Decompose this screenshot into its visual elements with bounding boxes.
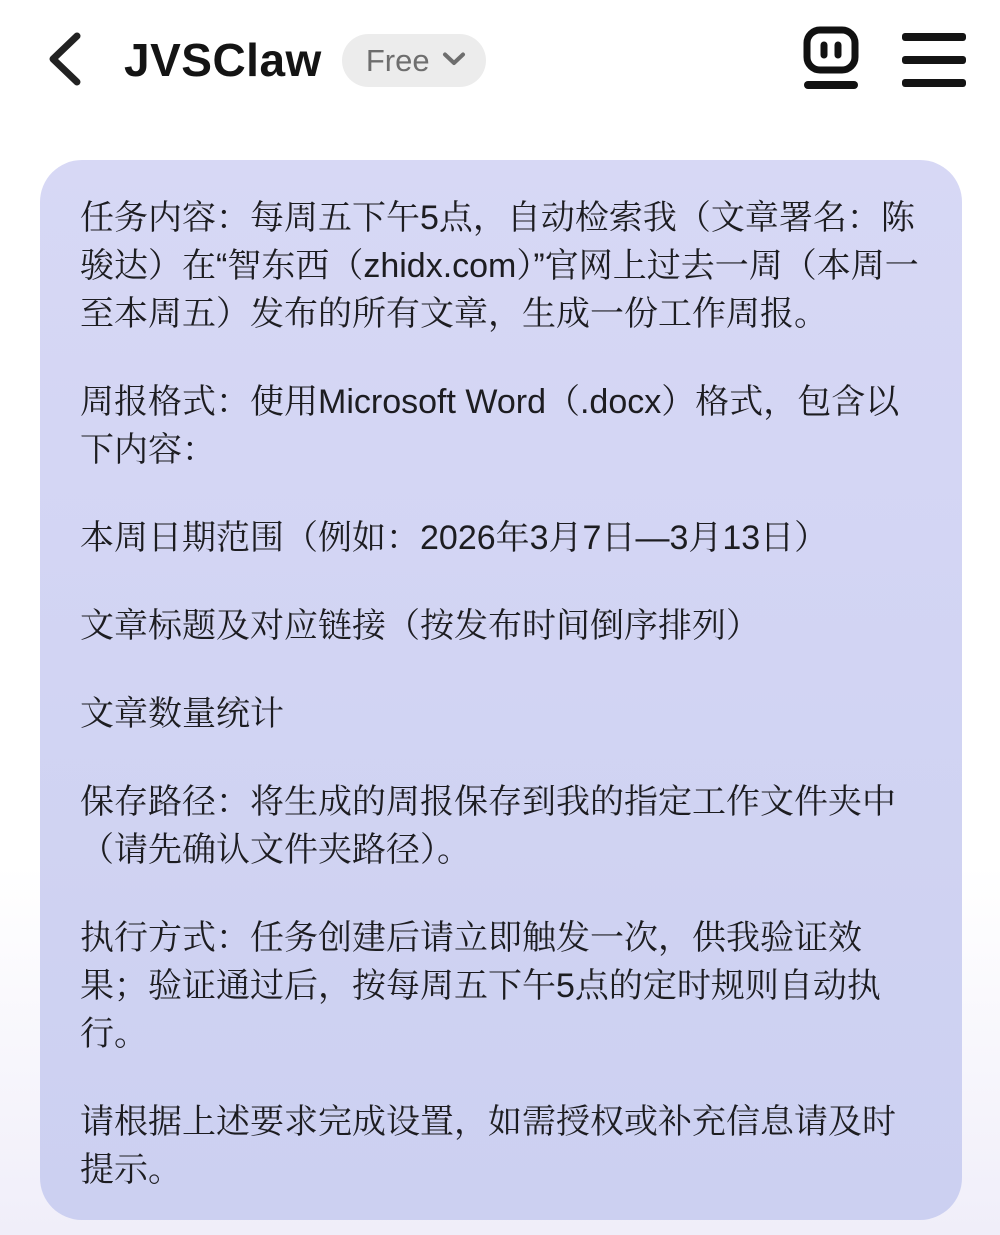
- message-paragraph: 任务内容：每周五下午5点，自动检索我（文章署名：陈骏达）在“智东西（zhidx.…: [80, 194, 922, 338]
- bot-face-icon: [798, 25, 864, 96]
- page-title: JVSClaw: [124, 37, 322, 83]
- chevron-down-icon: [442, 51, 466, 70]
- message-paragraph: 文章数量统计: [80, 690, 922, 738]
- back-button[interactable]: [46, 32, 90, 88]
- message-paragraph: 周报格式：使用Microsoft Word（.docx）格式，包含以下内容：: [80, 378, 922, 474]
- menu-button[interactable]: [902, 33, 966, 87]
- screen: JVSClaw Free: [0, 0, 1000, 1235]
- message-paragraph: 本周日期范围（例如：2026年3月7日—3月13日）: [80, 514, 922, 562]
- plan-badge-dropdown[interactable]: Free: [342, 34, 486, 87]
- message-paragraph: 保存路径：将生成的周报保存到我的指定工作文件夹中（请先确认文件夹路径）。: [80, 778, 922, 874]
- plan-badge-label: Free: [366, 45, 430, 76]
- message-bubble: 任务内容：每周五下午5点，自动检索我（文章署名：陈骏达）在“智东西（zhidx.…: [40, 160, 962, 1220]
- message-paragraph: 文章标题及对应链接（按发布时间倒序排列）: [80, 602, 922, 650]
- chat-area: 任务内容：每周五下午5点，自动检索我（文章署名：陈骏达）在“智东西（zhidx.…: [0, 120, 1000, 1220]
- bot-button[interactable]: [798, 25, 864, 96]
- hamburger-menu-icon: [902, 33, 966, 87]
- header: JVSClaw Free: [0, 0, 1000, 120]
- header-actions: [798, 25, 966, 96]
- message-paragraph: 执行方式：任务创建后请立即触发一次，供我验证效果；验证通过后，按每周五下午5点的…: [80, 914, 922, 1058]
- chevron-left-icon: [46, 31, 82, 90]
- message-paragraph: 请根据上述要求完成设置，如需授权或补充信息请及时提示。: [80, 1098, 922, 1194]
